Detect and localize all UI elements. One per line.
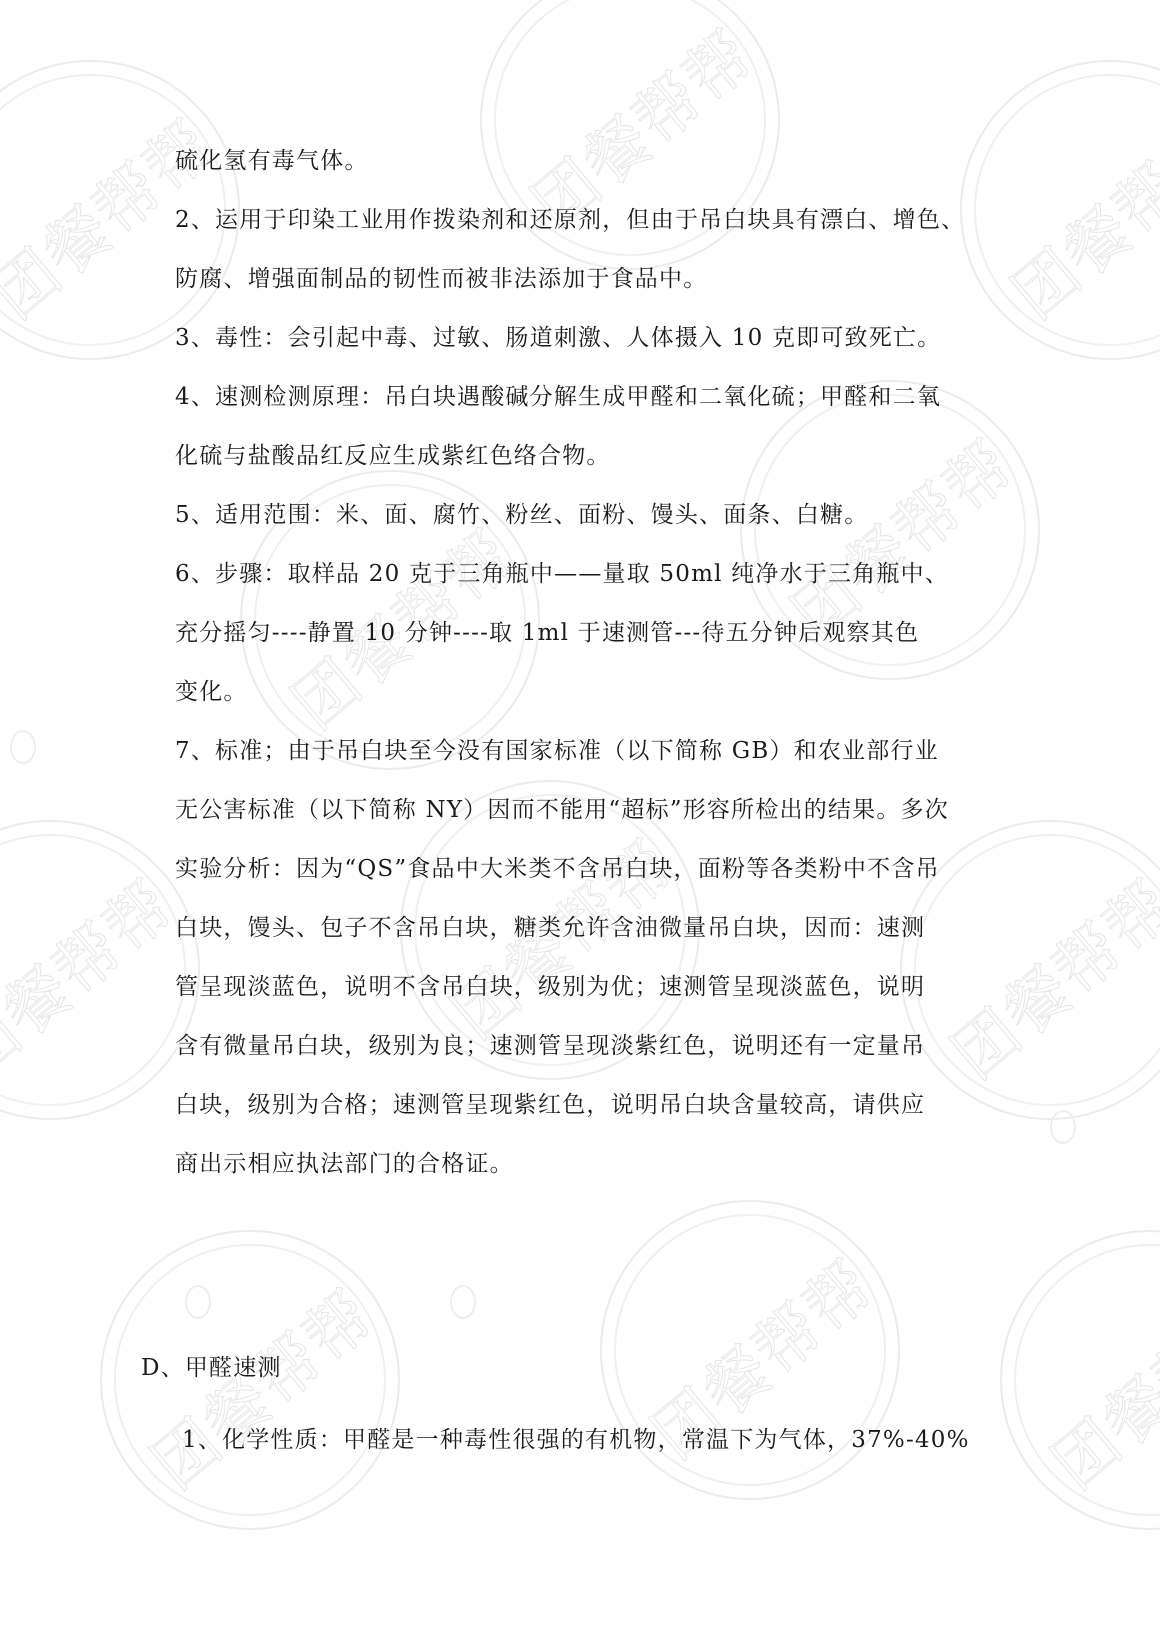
body-line: 白块，馒头、包子不含吊白块，糖类允许含油微量吊白块，因而：速测: [175, 913, 925, 943]
watermark-dot: [1050, 1110, 1076, 1144]
body-line: 1、化学性质：甲醛是一种毒性很强的有机物，常温下为气体，37%-40%: [182, 1425, 970, 1455]
body-line: 7、标准；由于吊白块至今没有国家标准（以下简称 GB）和农业部行业: [175, 736, 939, 766]
body-line: 变化。: [175, 677, 248, 707]
body-line: 化硫与盐酸品红反应生成紫红色络合物。: [175, 441, 611, 471]
watermark-dot: [185, 1285, 211, 1319]
body-line: 6、步骤：取样品 20 克于三角瓶中——量取 50ml 纯净水于三角瓶中、: [175, 559, 949, 589]
body-line: 含有微量吊白块，级别为良；速测管呈现淡紫红色，说明还有一定量吊: [175, 1031, 925, 1061]
body-line: 充分摇匀----静置 10 分钟----取 1ml 于速测管---待五分钟后观察…: [175, 618, 919, 648]
body-line: 3、毒性：会引起中毒、过敏、肠道刺激、人体摄入 10 克即可致死亡。: [175, 323, 941, 353]
watermark-stamp: 团餐帮帮: [1000, 1230, 1160, 1530]
body-line: 白块，级别为合格；速测管呈现紫红色，说明吊白块含量较高，请供应: [175, 1090, 925, 1120]
body-line: 5、适用范围：米、面、腐竹、粉丝、面粉、馒头、面条、白糖。: [175, 500, 868, 530]
body-line: 实验分析：因为“QS”食品中大米类不含吊白块，面粉等各类粉中不含吊: [175, 854, 940, 884]
watermark-dot: [10, 730, 36, 764]
watermark-stamp: 团餐帮帮: [600, 1200, 900, 1500]
body-line: 硫化氢有毒气体。: [175, 146, 369, 176]
body-line: 防腐、增强面制品的韧性而被非法添加于食品中。: [175, 264, 707, 294]
body-line: 商出示相应执法部门的合格证。: [175, 1149, 514, 1179]
section-heading: D、甲醛速测: [141, 1353, 282, 1383]
body-line: 4、速测检测原理：吊白块遇酸碱分解生成甲醛和二氧化硫；甲醛和二氧: [175, 382, 941, 412]
watermark-dot: [450, 1285, 476, 1319]
body-line: 管呈现淡蓝色，说明不含吊白块，级别为优；速测管呈现淡蓝色，说明: [175, 972, 925, 1002]
watermark-stamp: 团餐帮帮: [960, 60, 1160, 360]
watermark-stamp: 团餐帮帮: [0, 820, 200, 1120]
body-line: 无公害标准（以下简称 NY）因而不能用“超标”形容所检出的结果。多次: [175, 795, 949, 825]
body-line: 2、运用于印染工业用作拨染剂和还原剂，但由于吊白块具有漂白、增色、: [175, 205, 965, 235]
